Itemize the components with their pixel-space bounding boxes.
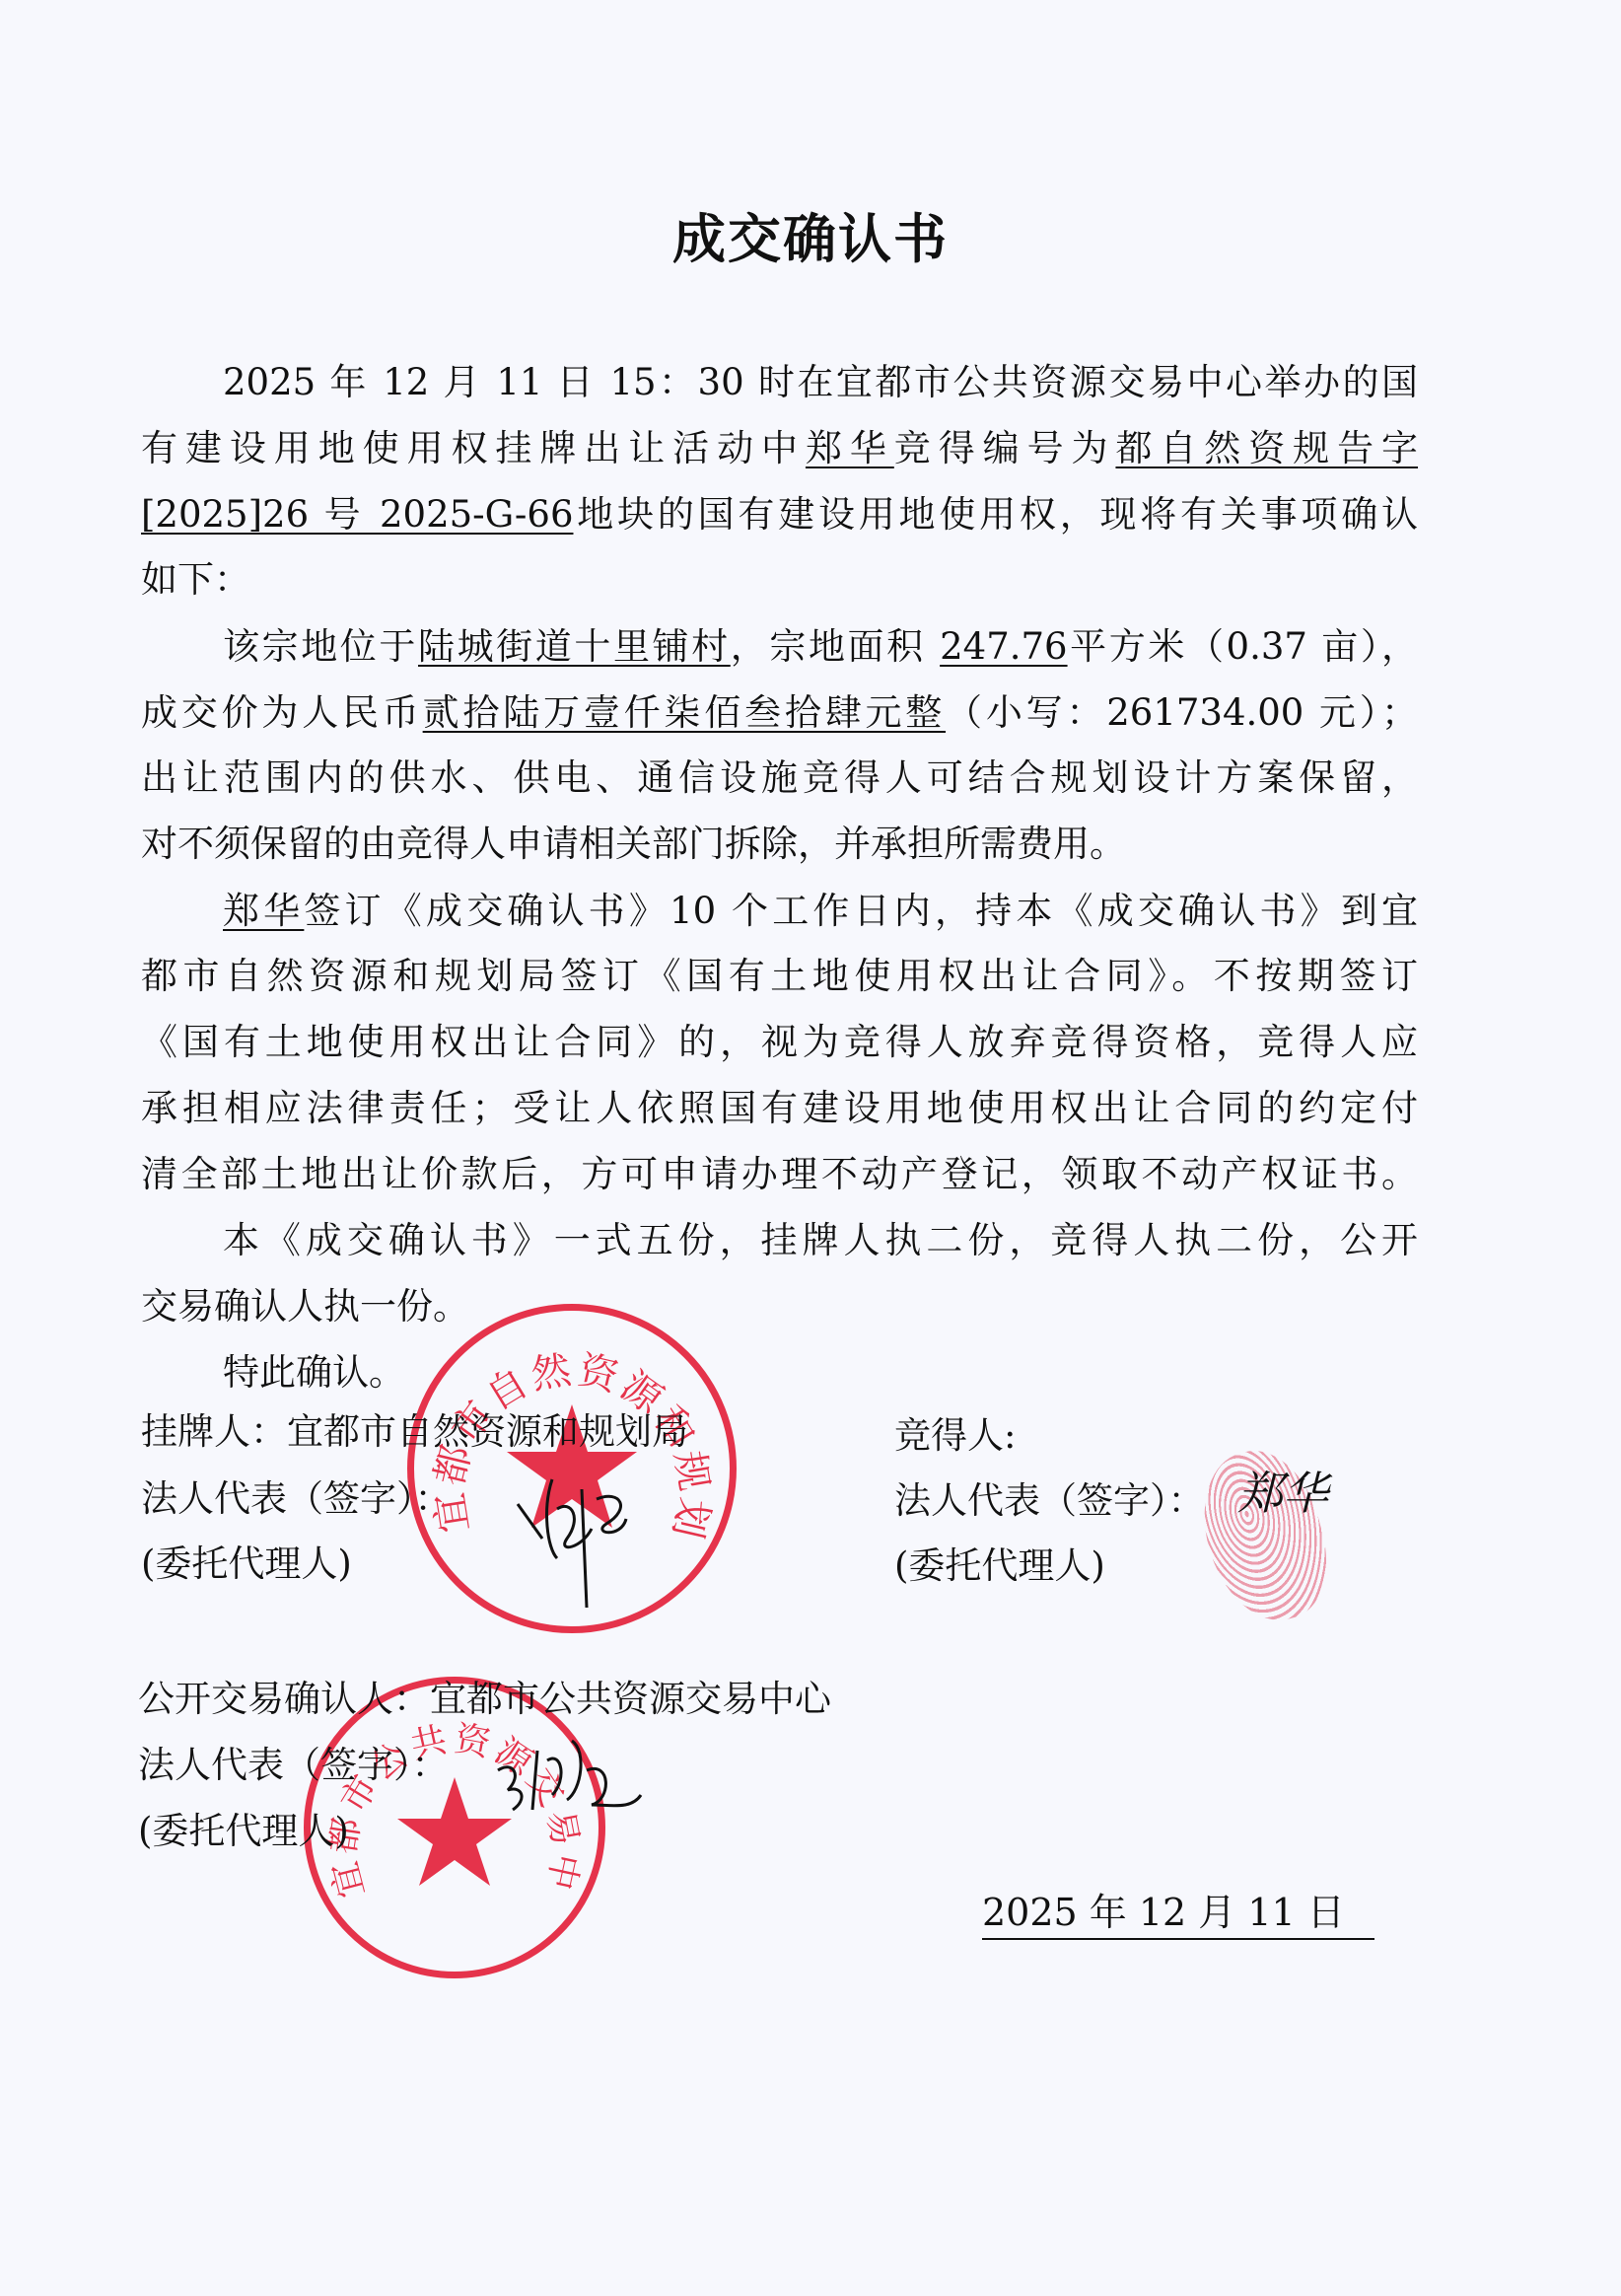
text: 平方米（0.37 亩）， bbox=[1068, 625, 1418, 668]
confirmer-signature-icon bbox=[493, 1721, 651, 1830]
text: ，宗地面积 bbox=[731, 625, 940, 668]
lister-agent-label: (委托代理人) bbox=[141, 1544, 352, 1584]
winner-name: 郑华 bbox=[806, 427, 894, 469]
lister-label-row: 挂牌人：宜都市自然资源和规划局 bbox=[141, 1412, 688, 1452]
document-title: 成交确认书 bbox=[0, 197, 1621, 273]
winner-label: 竞得人: bbox=[894, 1416, 1016, 1456]
p2-line1: 该宗地位于陆城街道十里铺村，宗地面积 247.76平方米（0.37 亩）， bbox=[223, 627, 1418, 667]
confirmer-rep-label: 法人代表（签字）： bbox=[138, 1746, 449, 1785]
document-page: 成交确认书 2025 年 12 月 11 日 15：30 时在宜都市公共资源交易… bbox=[0, 0, 1621, 2296]
text: 有建设用地使用权挂牌出让活动中 bbox=[141, 427, 806, 469]
lister-name: 宜都市自然资源和规划局 bbox=[287, 1410, 688, 1453]
confirmer-agent-label: (委托代理人) bbox=[138, 1812, 349, 1851]
winner-agent-label: (委托代理人) bbox=[894, 1546, 1105, 1586]
text: （小写：261734.00 元）； bbox=[946, 691, 1418, 734]
winner-name: 郑华 bbox=[223, 890, 304, 932]
p4-line2: 交易确认人执一份。 bbox=[141, 1287, 1418, 1327]
p3-line4: 承担相应法律责任；受让人依照国有建设用地使用权出让合同的约定付 bbox=[141, 1089, 1418, 1128]
announcement-code: 都自然资规告字 bbox=[1115, 427, 1418, 469]
p5-confirm: 特此确认。 bbox=[223, 1353, 1418, 1393]
parcel-area: 247.76 bbox=[940, 625, 1067, 668]
text: 签订《成交确认书》10 个工作日内，持本《成交确认书》到宜 bbox=[304, 890, 1418, 932]
p1-line4: 如下： bbox=[141, 560, 1418, 600]
p2-line3: 出让范围内的供水、供电、通信设施竞得人可结合规划设计方案保留， bbox=[141, 758, 1418, 798]
lister-signature-icon bbox=[513, 1470, 651, 1617]
confirmer-name: 宜都市公共资源交易中心 bbox=[430, 1678, 831, 1720]
p2-line4: 对不须保留的由竞得人申请相关部门拆除，并承担所需费用。 bbox=[141, 825, 1418, 864]
p3-line2: 都市自然资源和规划局签订《国有土地使用权出让合同》。不按期签订 bbox=[141, 957, 1418, 996]
p1-line1: 2025 年 12 月 11 日 15：30 时在宜都市公共资源交易中心举办的国 bbox=[223, 363, 1418, 402]
text: 成交价为人民币 bbox=[141, 691, 423, 734]
text: 该宗地位于 bbox=[223, 625, 418, 668]
p2-line2: 成交价为人民币贰拾陆万壹仟柒佰叁拾肆元整（小写：261734.00 元）； bbox=[141, 693, 1418, 733]
confirmer-label-row: 公开交易确认人：宜都市公共资源交易中心 bbox=[138, 1680, 831, 1719]
lister-label: 挂牌人： bbox=[141, 1410, 287, 1453]
p3-line3: 《国有土地使用权出让合同》的，视为竞得人放弃竞得资格，竞得人应 bbox=[141, 1023, 1418, 1062]
p3-line5: 清全部土地出让价款后，方可申请办理不动产登记，领取不动产权证书。 bbox=[141, 1155, 1418, 1194]
parcel-location: 陆城街道十里铺村 bbox=[418, 625, 731, 668]
p1-line3: [2025]26 号 2025-G-66地块的国有建设用地使用权，现将有关事项确… bbox=[141, 495, 1418, 535]
p1-line2: 有建设用地使用权挂牌出让活动中郑华竞得编号为都自然资规告字 bbox=[141, 429, 1418, 468]
winner-rep-label: 法人代表（签字）： bbox=[894, 1481, 1205, 1521]
document-date: 2025 年 12 月 11 日 bbox=[982, 1882, 1374, 1940]
p4-line1: 本《成交确认书》一式五份，挂牌人执二份，竞得人执二份，公开 bbox=[223, 1221, 1418, 1260]
p3-line1: 郑华签订《成交确认书》10 个工作日内，持本《成交确认书》到宜 bbox=[223, 892, 1418, 931]
winner-signature: 郑华 bbox=[1237, 1473, 1328, 1513]
text: 地块的国有建设用地使用权，现将有关事项确认 bbox=[573, 493, 1418, 536]
text: 竞得编号为 bbox=[894, 427, 1116, 469]
lister-rep-label: 法人代表（签字）： bbox=[141, 1479, 452, 1519]
price-in-words: 贰拾陆万壹仟柒佰叁拾肆元整 bbox=[423, 691, 946, 734]
parcel-code: [2025]26 号 2025-G-66 bbox=[141, 493, 573, 536]
confirmer-label: 公开交易确认人： bbox=[138, 1678, 430, 1720]
